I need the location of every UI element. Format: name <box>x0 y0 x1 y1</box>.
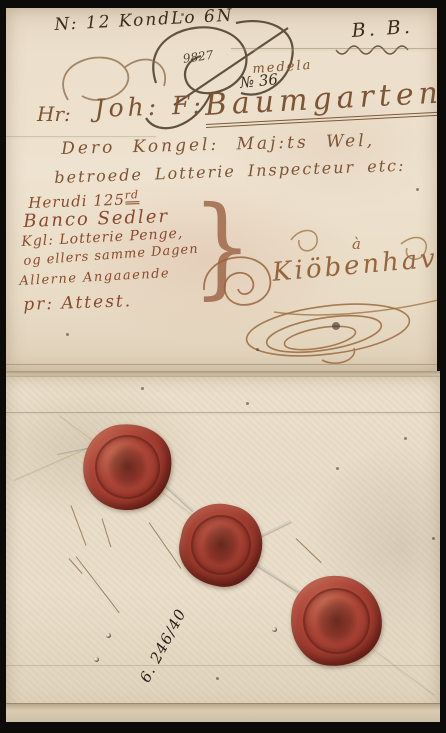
scratch-mark <box>76 556 120 613</box>
thread-mark <box>250 560 299 592</box>
address-surname: Baumgarten <box>204 76 437 128</box>
letter-photograph: N: 12 KondLo 6N B. B. 9827 medela № 36 H… <box>0 0 446 733</box>
contents-brace: } <box>192 184 252 311</box>
pin-hole <box>94 657 99 662</box>
bottom-fold-edge <box>6 703 440 722</box>
address-honorific: Hr: <box>37 102 71 126</box>
pin-hole <box>272 627 277 632</box>
oval-swirl-flourish-icon <box>244 296 413 364</box>
note-amount-sup: rd <box>125 188 140 204</box>
wax-seal-top-left <box>77 418 177 516</box>
letter-front-panel: N: 12 KondLo 6N B. B. 9827 medela № 36 H… <box>6 8 437 371</box>
address-name: Joh: F: <box>94 90 205 123</box>
scratch-mark <box>71 505 87 546</box>
scratch-mark <box>149 522 182 569</box>
ink-blot <box>332 322 340 330</box>
top-right-initials: B. B. <box>351 16 413 42</box>
letter-back-panel: 6. 246/40 <box>6 377 440 722</box>
scratch-mark <box>296 538 322 563</box>
scratch-mark <box>102 518 112 547</box>
top-left-docket: N: 12 KondLo 6N <box>54 8 234 35</box>
address-line3: betroede Lotterie Inspecteur etc: <box>54 156 406 187</box>
note-line: pr: Attest. <box>23 291 132 315</box>
rotated-docket-number: 6. 246/40 <box>136 606 190 686</box>
pin-hole <box>106 633 111 638</box>
address-line2: Dero Kongel: Maj:ts Wel, <box>61 131 375 159</box>
wax-seal-bottom-right <box>288 573 385 669</box>
note-line: Allerne Angaaende <box>19 266 171 289</box>
small-number: 9827 <box>182 48 214 66</box>
